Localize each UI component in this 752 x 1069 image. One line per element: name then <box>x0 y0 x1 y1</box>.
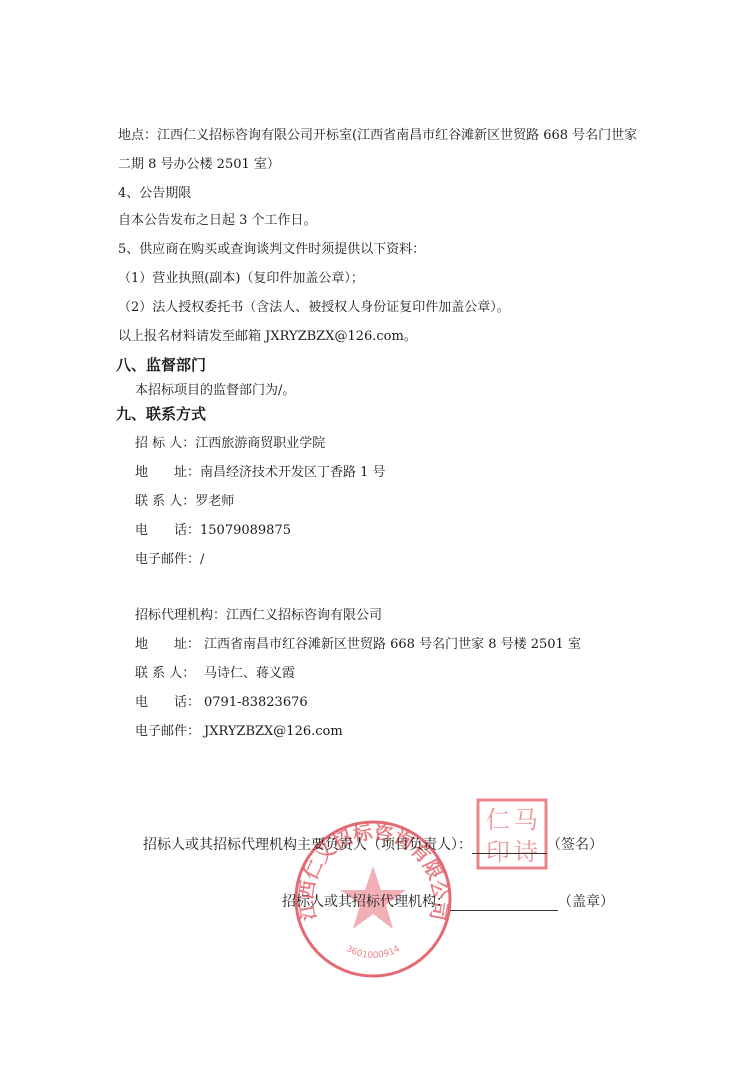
signature-blank[interactable] <box>472 853 547 854</box>
signature-line-responsible: 招标人或其招标代理机构主要负责人（项目负责人）：（签名） <box>143 836 603 854</box>
signature-line-seal: 招标人或其招标代理机构：（盖章） <box>282 893 614 911</box>
agency-address-value: 江西省南昌市红谷滩新区世贸路 668 号名门世家 8 号楼 2501 室 <box>204 637 581 652</box>
item4-title: 4、公告期限 <box>118 186 191 202</box>
item5-sub2: （2）法人授权委托书（含法人、被授权人身份证复印件加盖公章）。 <box>118 300 510 316</box>
item5-sub1: （1）营业执照(副本)（复印件加盖公章）； <box>118 271 364 287</box>
item4-body: 自本公告发布之日起 3 个工作日。 <box>118 213 317 229</box>
section8-heading: 八、监督部门 <box>116 356 206 374</box>
svg-text:仁: 仁 <box>486 806 510 834</box>
agency-address-row: 地 址：江西省南昌市红谷滩新区世贸路 668 号名门世家 8 号楼 2501 室 <box>135 637 581 653</box>
tenderer-contact-value: 罗老师 <box>195 494 234 509</box>
tenderer-contact-row: 联 系 人：罗老师 <box>135 494 234 510</box>
agency-contact-row: 联 系 人：马诗仁、蒋义霞 <box>135 666 295 682</box>
tenderer-email-row: 电子邮件：/ <box>135 552 204 568</box>
item5-note: 以上报名材料请发至邮箱 JXRYZBZX@126.com。 <box>118 329 417 345</box>
agency-phone-row: 电 话：0791-83823676 <box>135 695 308 711</box>
tenderer-phone-row: 电 话：15079089875 <box>135 523 291 539</box>
agency-email-row: 电子邮件：JXRYZBZX@126.com <box>135 724 343 740</box>
agency-contact-label: 联 系 人： <box>135 666 204 682</box>
tenderer-address-row: 地 址：南昌经济技术开发区丁香路 1 号 <box>135 465 386 481</box>
tenderer-phone-label: 电 话： <box>135 523 200 539</box>
tenderer-address-label: 地 址： <box>135 465 200 481</box>
agency-phone-value: 0791-83823676 <box>204 695 308 710</box>
venue-line-2: 二期 8 号办公楼 2501 室） <box>118 157 280 173</box>
svg-text:马: 马 <box>514 806 538 834</box>
tenderer-name-label: 招 标 人： <box>135 436 195 452</box>
agency-email-label: 电子邮件： <box>135 724 204 740</box>
tenderer-name-value: 江西旅游商贸职业学院 <box>195 436 325 451</box>
seal-suffix: （盖章） <box>558 894 614 910</box>
agency-name-row: 招标代理机构：江西仁义招标咨询有限公司 <box>135 608 382 624</box>
personal-seal-icon: 马 诗 仁 印 <box>476 798 548 870</box>
agency-contact-value: 马诗仁、蒋义霞 <box>204 666 295 681</box>
item5-title: 5、供应商在购买或查询谈判文件时须提供以下资料： <box>118 242 425 258</box>
agency-email-value: JXRYZBZX@126.com <box>204 724 343 739</box>
agency-name-label: 招标代理机构： <box>135 608 226 624</box>
signature-suffix: （签名） <box>547 837 603 853</box>
tenderer-email-value: / <box>200 552 204 567</box>
section8-body: 本招标项目的监督部门为/。 <box>135 383 295 399</box>
tenderer-phone-value: 15079089875 <box>200 523 291 538</box>
section9-heading: 九、联系方式 <box>116 405 206 423</box>
tenderer-contact-label: 联 系 人： <box>135 494 195 510</box>
signature-responsible-label: 招标人或其招标代理机构主要负责人（项目负责人）： <box>143 837 472 853</box>
agency-phone-label: 电 话： <box>135 695 204 711</box>
tenderer-name-row: 招 标 人：江西旅游商贸职业学院 <box>135 436 325 452</box>
seal-blank[interactable] <box>450 910 558 911</box>
tenderer-address-value: 南昌经济技术开发区丁香路 1 号 <box>200 465 386 480</box>
venue-line-1: 地点：江西仁义招标咨询有限公司开标室(江西省南昌市红谷滩新区世贸路 668 号名… <box>118 128 637 144</box>
tenderer-email-label: 电子邮件： <box>135 552 200 568</box>
agency-address-label: 地 址： <box>135 637 204 653</box>
agency-name-value: 江西仁义招标咨询有限公司 <box>226 608 382 623</box>
svg-text:3601000914: 3601000914 <box>344 944 402 961</box>
seal-label: 招标人或其招标代理机构： <box>282 894 450 910</box>
